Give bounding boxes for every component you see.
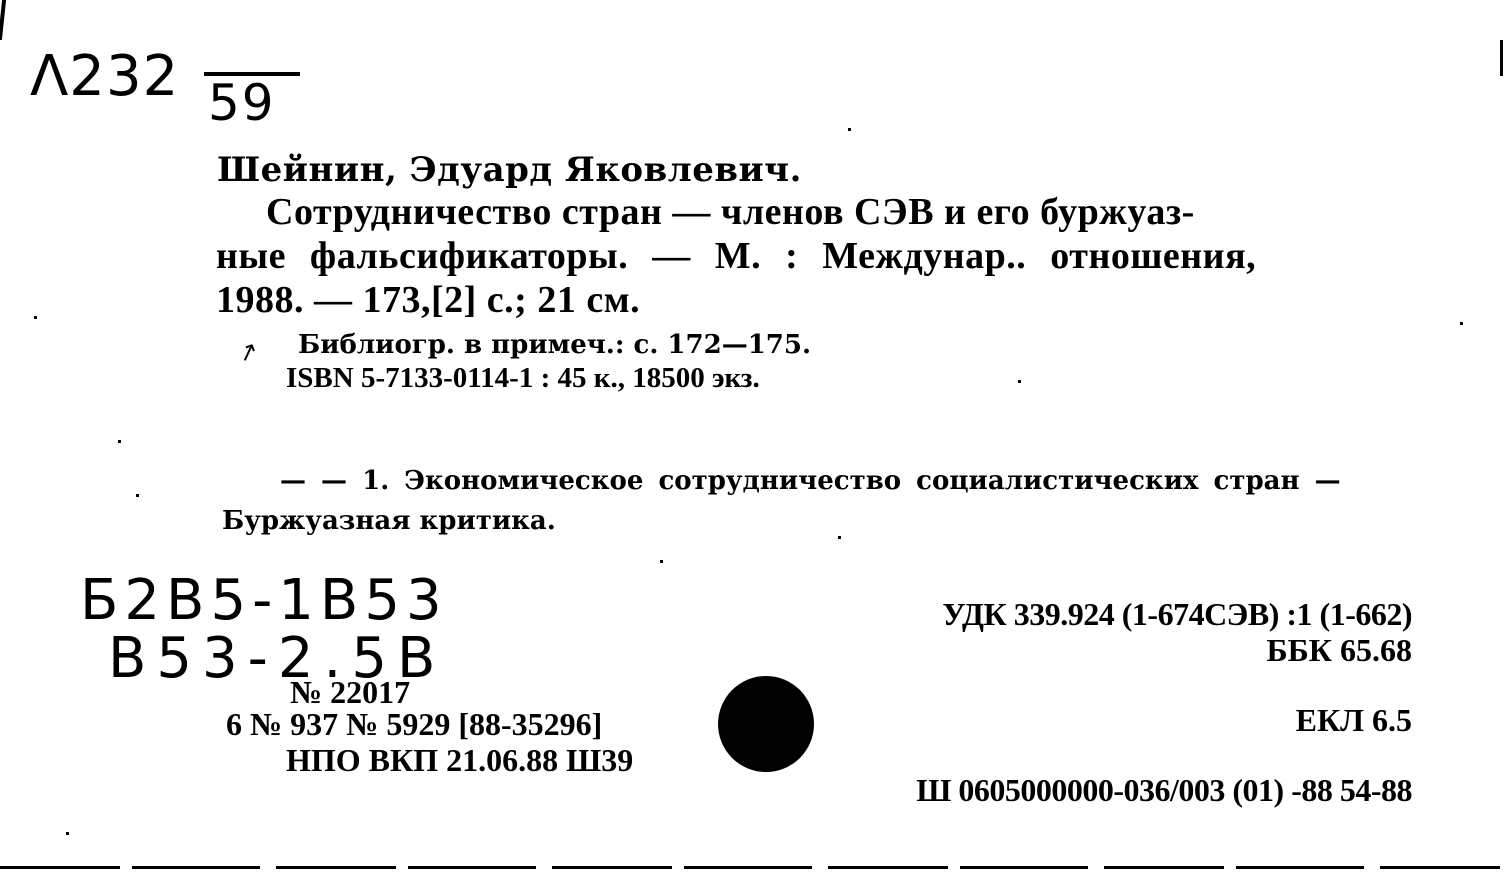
shelfmark-main: Λ232 <box>30 44 179 109</box>
bibliography-note: Библиогр. в примеч.: с. 172—175. <box>298 330 811 360</box>
author-heading: Шейнин, Эдуард Яковлевич. <box>217 150 802 190</box>
card-punch-hole <box>718 676 814 772</box>
udk-code: УДК 339.924 (1-674СЭВ) :1 (1-662) <box>942 596 1412 633</box>
subject-heading-line-2: Буржуазная критика. <box>222 506 556 536</box>
shelfmark-sub: 59 <box>208 74 276 132</box>
order-line: 6 № 937 № 5929 [88-35296] <box>226 706 602 743</box>
subject-heading-line-1: — — 1. Экономическое сотрудничество соци… <box>280 466 1341 496</box>
scan-speck <box>34 316 37 319</box>
catalog-card: Λ232 59 Шейнин, Эдуард Яковлевич. Сотруд… <box>0 0 1504 872</box>
scan-speck <box>136 494 139 497</box>
isbn-line: ISBN 5-7133-0114-1 : 45 к., 18500 экз. <box>286 362 760 395</box>
sh-code: Ш 0605000000-036/003 (01) -88 54-88 <box>916 772 1412 809</box>
scan-speck <box>848 128 851 131</box>
title-line-2: ные фальсификаторы. — М. : Междунар.. от… <box>216 234 1256 278</box>
ekl-code: ЕКЛ 6.5 <box>1296 702 1412 739</box>
scan-speck <box>66 832 69 835</box>
scan-speck <box>1460 322 1463 325</box>
scan-speck <box>1018 380 1021 383</box>
printer-line: НПО ВКП 21.06.88 Ш39 <box>286 742 633 779</box>
note-mark-icon: ↗ <box>234 335 262 368</box>
card-edge-right <box>1500 60 1503 74</box>
card-edge-bottom <box>0 866 1504 869</box>
card-edge-top-left <box>0 0 6 40</box>
scan-speck <box>838 536 841 539</box>
title-line-1: Сотрудничество стран — членов СЭВ и его … <box>266 190 1195 234</box>
scan-speck <box>660 560 663 563</box>
bbk-code: ББК 65.68 <box>1266 632 1412 669</box>
scan-speck <box>118 440 121 443</box>
handwritten-code-1: Б2В5-1В53 <box>80 568 448 633</box>
title-line-3: 1988. — 173,[2] с.; 21 см. <box>216 278 640 322</box>
